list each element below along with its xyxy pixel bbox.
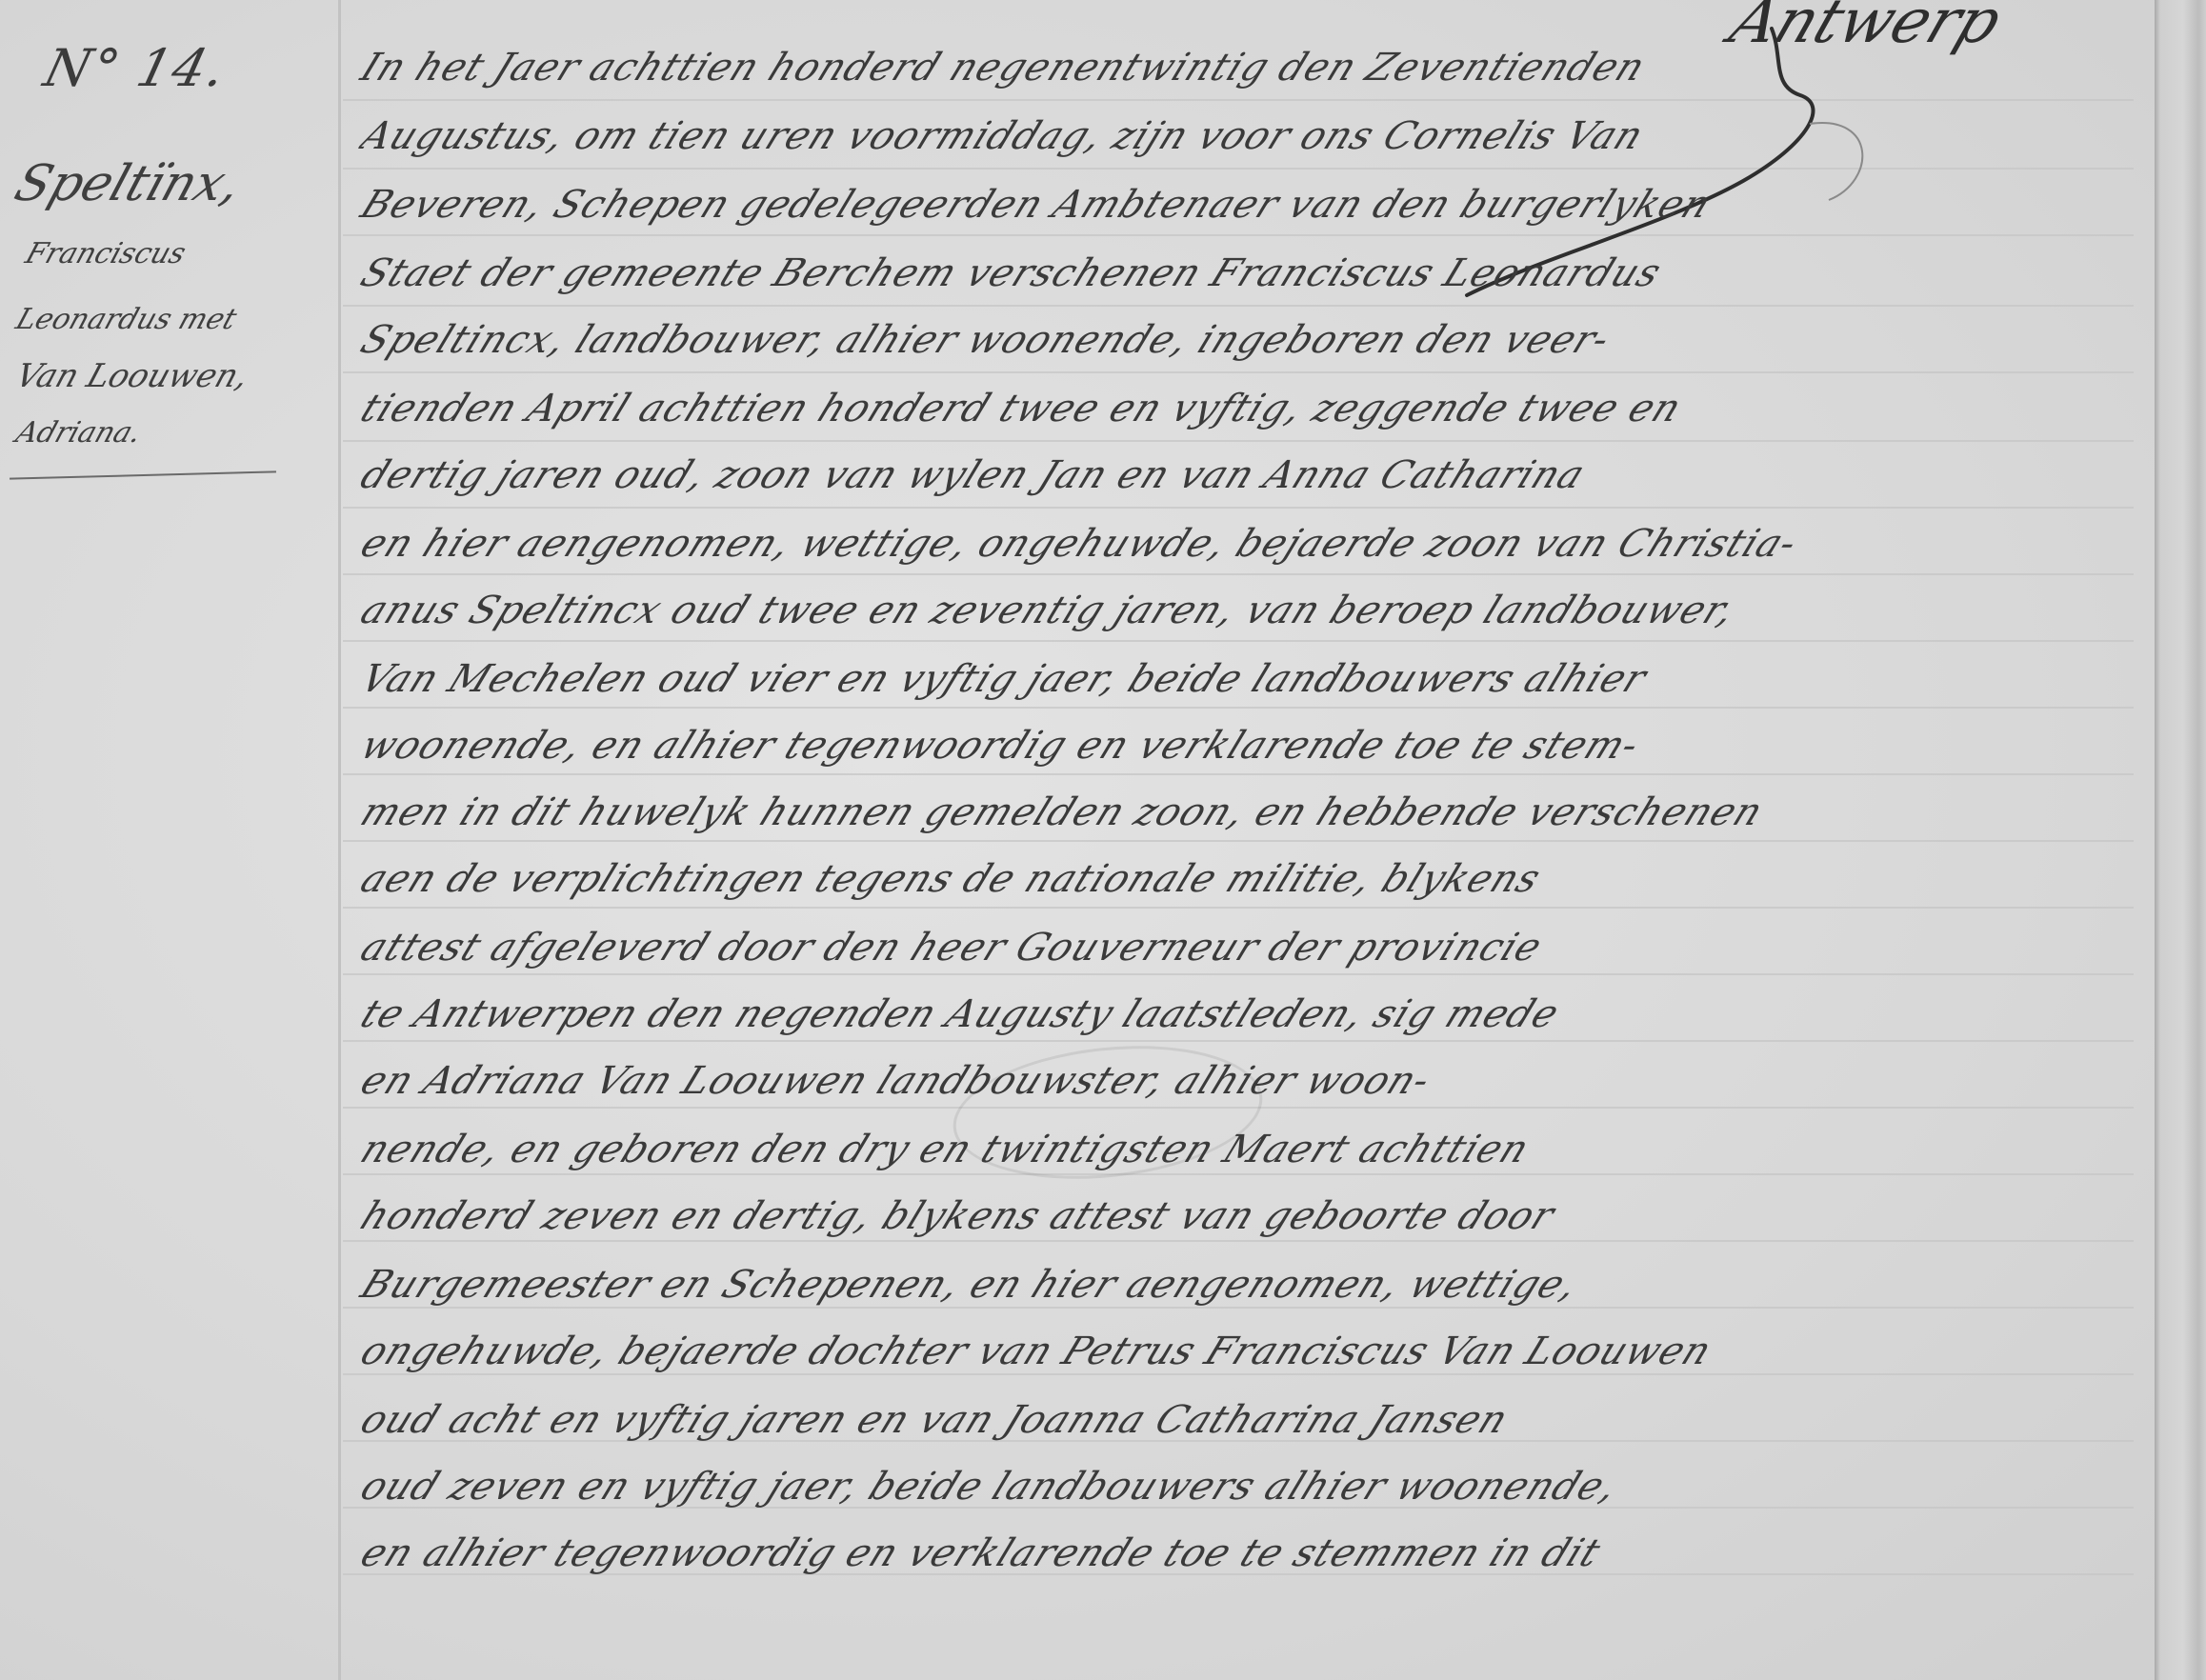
- ruling-line: [343, 440, 2134, 442]
- margin-surname-bride: Van Loouwen,: [11, 357, 338, 395]
- body-line: te Antwerpen den negenden Augusty laatst…: [354, 992, 2163, 1036]
- body-line: ongehuwde, bejaerde dochter van Petrus F…: [354, 1330, 2163, 1373]
- margin-rule: [338, 0, 341, 1680]
- body-line: oud acht en vyftig jaren en van Joanna C…: [354, 1398, 2163, 1442]
- body-line: Augustus, om tien uren voormiddag, zijn …: [354, 114, 2163, 158]
- ruling-line: [343, 907, 2134, 909]
- ruling-line: [343, 1173, 2134, 1175]
- body-line: en alhier tegenwoordig en verklarende to…: [354, 1531, 2163, 1575]
- ruling-line: [343, 1307, 2134, 1309]
- ruling-line: [343, 640, 2134, 642]
- body-line: Speltincx, landbouwer, alhier woonende, …: [354, 318, 2163, 362]
- body-line: oud zeven en vyftig jaer, beide landbouw…: [354, 1465, 2163, 1509]
- body-line: Van Mechelen oud vier en vyftig jaer, be…: [354, 657, 2163, 701]
- ruling-line: [343, 305, 2134, 307]
- margin-given-name-bride: Adriana.: [11, 416, 336, 450]
- body-line: woonende, en alhier tegenwoordig en verk…: [354, 724, 2163, 768]
- body-line: honderd zeven en dertig, blykens attest …: [354, 1194, 2163, 1238]
- body-line: en Adriana Van Loouwen landbouwster, alh…: [354, 1059, 2163, 1103]
- body-line: en hier aengenomen, wettige, ongehuwde, …: [354, 522, 2163, 566]
- body-line: dertig jaren oud, zoon van wylen Jan en …: [354, 453, 2163, 497]
- ruling-line: [343, 840, 2134, 842]
- page-binding-edge: [2155, 0, 2206, 1680]
- ruling-line: [343, 1040, 2134, 1042]
- ruling-line: [343, 507, 2134, 509]
- body-line: anus Speltincx oud twee en zeventig jare…: [354, 589, 2163, 632]
- margin-surname-groom: Speltïnx,: [8, 155, 340, 212]
- body-line: Burgemeester en Schepenen, en hier aenge…: [354, 1263, 2163, 1307]
- ruling-line: [343, 973, 2134, 975]
- margin-annotation: N° 14. Speltïnx, Franciscus Leonardus m…: [8, 38, 331, 450]
- margin-given-name-groom: Franciscus: [21, 237, 336, 270]
- document-page: N° 14. Speltïnx, Franciscus Leonardus m…: [0, 0, 2206, 1680]
- margin-given-name-groom-2: Leonardus met: [11, 303, 336, 336]
- body-line: Staet der gemeente Berchem verschenen Fr…: [354, 251, 2163, 295]
- body-line: attest afgeleverd door den heer Gouverne…: [354, 926, 2163, 970]
- body-line: aen de verplichtingen tegens de national…: [354, 857, 2163, 901]
- body-line: In het Jaer achttien honderd negenentwin…: [354, 46, 2163, 90]
- ruling-line: [343, 1373, 2134, 1375]
- entry-number: N° 14.: [38, 38, 339, 98]
- margin-underline: [10, 470, 276, 479]
- ruling-line: [343, 1240, 2134, 1242]
- ruling-line: [343, 707, 2134, 709]
- ruling-line: [343, 371, 2134, 373]
- body-line: men in dit huwelyk hunnen gemelden zoon,…: [354, 790, 2163, 834]
- body-line: nende, en geboren den dry en twintigsten…: [354, 1128, 2163, 1171]
- ruling-line: [343, 573, 2134, 575]
- ruling-line: [343, 773, 2134, 775]
- body-line: tienden April achttien honderd twee en v…: [354, 387, 2163, 430]
- body-line: Beveren, Schepen gedelegeerden Ambtenaer…: [354, 183, 2163, 227]
